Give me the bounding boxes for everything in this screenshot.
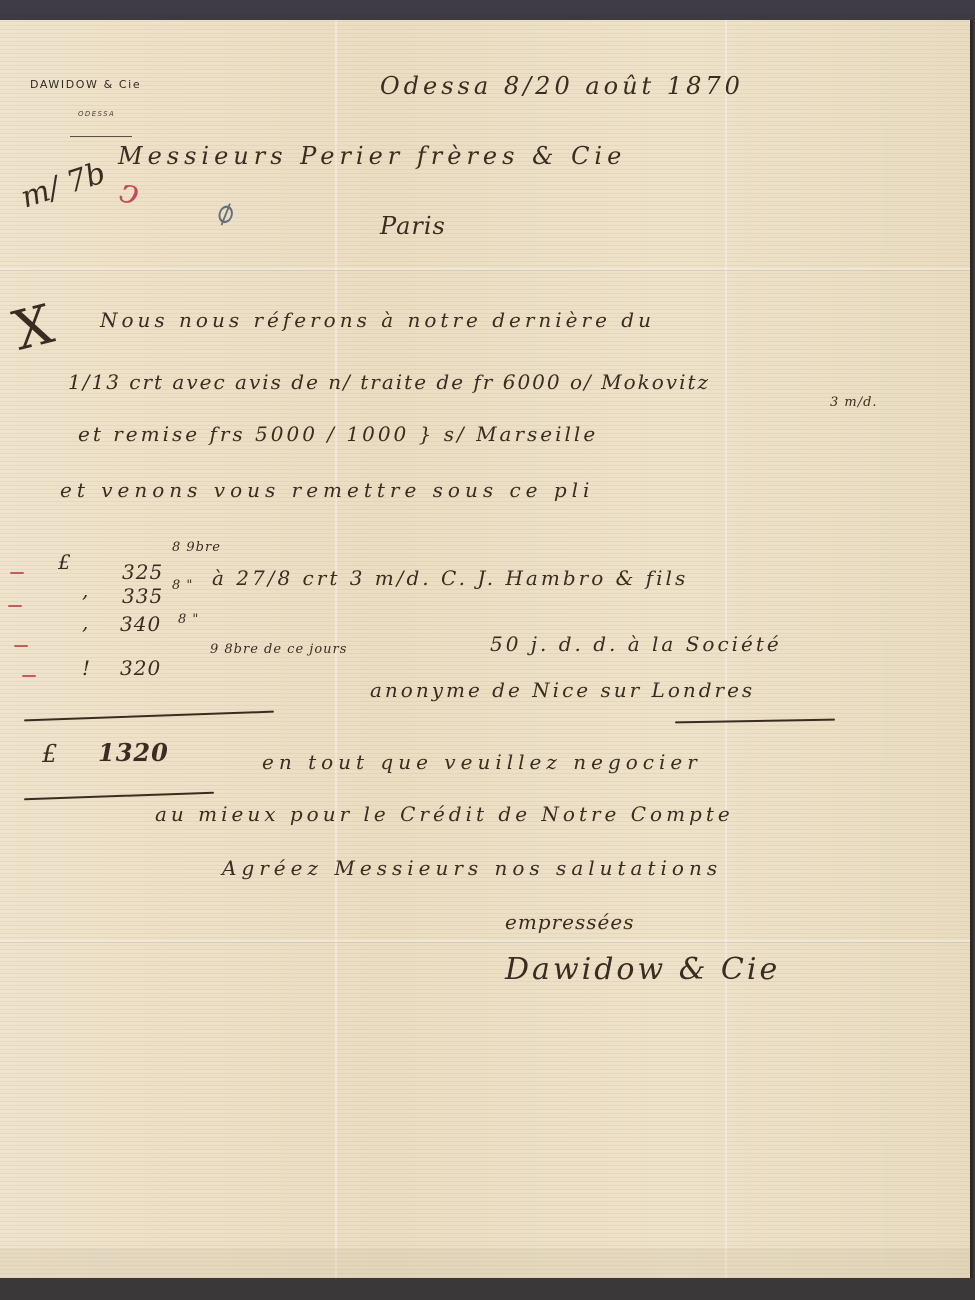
letterhead-company: DAWIDOW & Cie <box>30 78 141 91</box>
scan-bottom-border <box>0 1278 975 1300</box>
destination: Paris <box>380 212 446 240</box>
remittance-1-prefix: £ <box>58 550 72 574</box>
letterhead-rule <box>70 136 132 137</box>
remittance-4-detail: 50 j. d. d. à la Société <box>490 632 782 656</box>
total-text: en tout que veuillez negocier <box>262 750 702 774</box>
remittance-3-amount: 340 <box>120 612 161 636</box>
scan-top-border <box>0 0 975 14</box>
salutation: Messieurs Perier frères & Cie <box>118 142 626 170</box>
red-tick-mark <box>10 572 24 574</box>
closing-line-2: Agréez Messieurs nos salutations <box>222 856 722 880</box>
place-date: Odessa 8/20 août 1870 <box>380 72 744 100</box>
body-line-2: 1/13 crt avec avis de n/ traite de fr 60… <box>68 370 710 394</box>
remittance-2-amount: 335 <box>122 584 163 608</box>
red-tick-mark <box>8 605 22 607</box>
fold-line-horizontal <box>0 940 970 942</box>
remittance-1-amount: 325 <box>122 560 163 584</box>
fold-line-horizontal <box>0 268 970 270</box>
letterhead-city: ODESSA <box>78 110 115 118</box>
remittance-2-note: 8 " <box>172 578 193 593</box>
remittance-4-detail-2: anonyme de Nice sur Londres <box>370 678 755 702</box>
remittance-2-prefix: , <box>82 578 89 602</box>
remittance-4-prefix: ! <box>82 656 91 680</box>
total-amount: 1320 <box>98 738 169 767</box>
body-line-1: Nous nous réferons à notre dernière du <box>100 308 655 332</box>
remittance-3-note: 8 " <box>178 612 199 627</box>
remittance-1-note: 8 9bre <box>172 540 221 555</box>
letter-paper <box>0 20 973 1278</box>
body-line-4: et venons vous remettre sous ce pli <box>60 478 594 502</box>
closing-line-1: au mieux pour le Crédit de Notre Compte <box>155 802 734 826</box>
total-prefix: £ <box>42 740 58 768</box>
closing-line-3: empressées <box>505 910 634 934</box>
body-line-3: et remise frs 5000 / 1000 } s/ Marseille <box>78 422 598 446</box>
red-tick-mark <box>22 675 36 677</box>
body-line-2-suffix: 3 m/d. <box>830 395 878 410</box>
remittance-3-prefix: , <box>82 610 89 634</box>
remittance-4-note: 9 8bre de ce jours <box>210 642 347 657</box>
remittance-2-detail: à 27/8 crt 3 m/d. C. J. Hambro & fils <box>212 566 688 590</box>
red-tick-mark <box>14 645 28 647</box>
remittance-4-amount: 320 <box>120 656 161 680</box>
signature: Dawidow & Cie <box>505 952 780 987</box>
